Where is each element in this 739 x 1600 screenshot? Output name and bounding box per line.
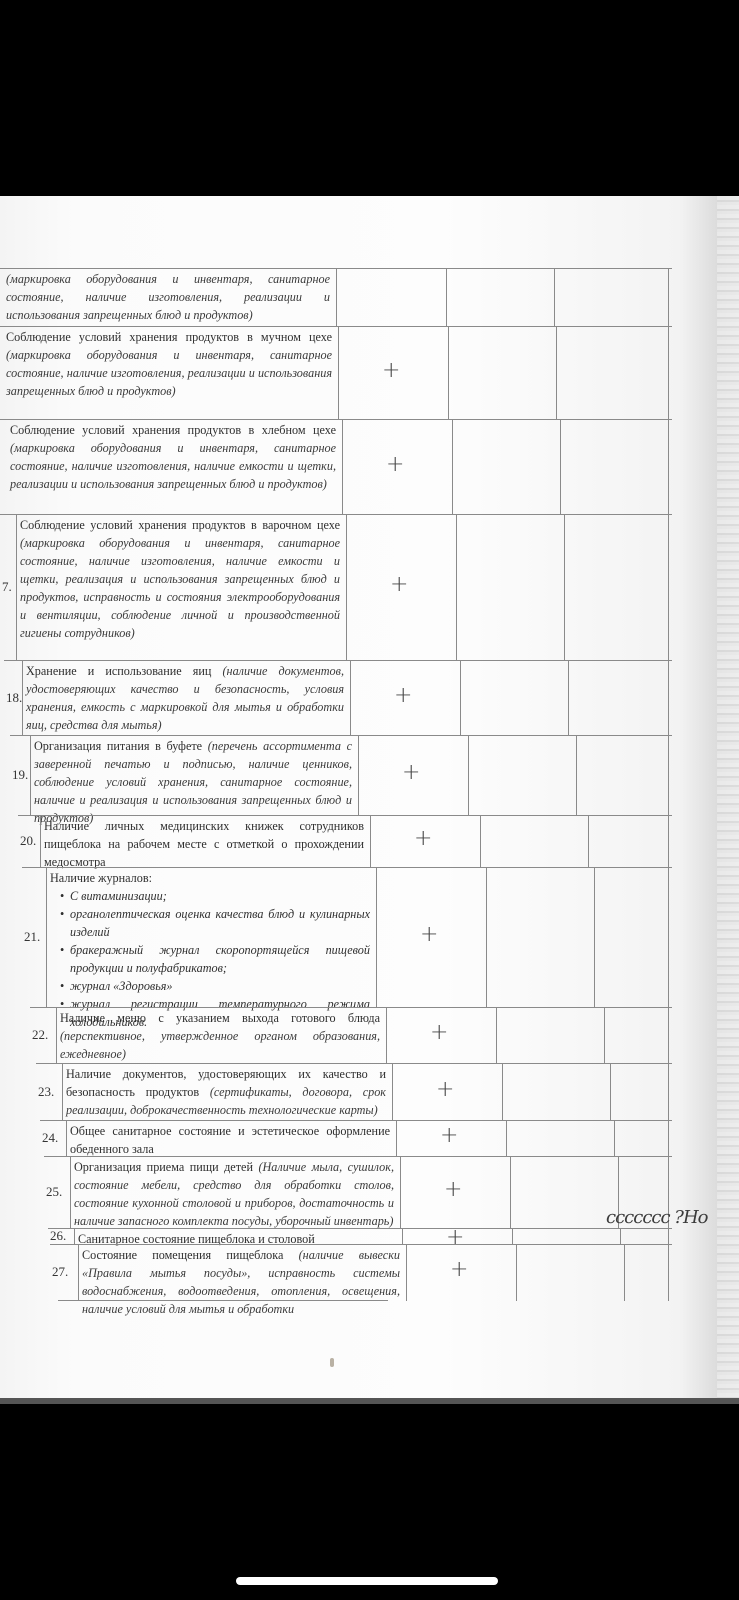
check-mark-plus: + <box>444 1177 462 1202</box>
home-indicator[interactable] <box>236 1577 498 1585</box>
result-column-2[interactable] <box>448 327 449 420</box>
table-row: (маркировка оборудования и инвентаря, са… <box>0 268 672 327</box>
column-divider <box>16 515 17 661</box>
check-mark-plus: + <box>382 358 400 383</box>
table-row: 26.Санитарное состояние пищеблока и стол… <box>48 1228 672 1245</box>
column-divider <box>40 816 41 868</box>
table-row: 23.Наличие документов, удостоверяющих их… <box>36 1063 672 1121</box>
page-edge <box>717 196 739 1402</box>
table-right-border <box>668 269 669 327</box>
result-column-2[interactable] <box>468 736 469 816</box>
table-row: 19.Организация питания в буфете (перечен… <box>10 735 672 816</box>
check-mark-plus: + <box>436 1077 454 1102</box>
result-column-1[interactable] <box>406 1245 407 1301</box>
result-column-3[interactable] <box>610 1064 611 1121</box>
table-row: Соблюдение условий хранения продуктов в … <box>0 326 672 420</box>
criterion-description: Соблюдение условий хранения продуктов в … <box>6 328 332 400</box>
result-column-2[interactable] <box>496 1008 497 1064</box>
criterion-description: Наличие документов, удостоверяющих их ка… <box>66 1065 386 1119</box>
column-divider <box>22 661 23 736</box>
result-column-3[interactable] <box>620 1229 621 1245</box>
journal-list-item: органолептическая оценка качества блюд и… <box>62 905 370 941</box>
criterion-details: (маркировка оборудования и инвентаря, са… <box>10 441 336 491</box>
table-right-border <box>668 515 669 661</box>
table-row: 27.Состояние помещения пищеблока (наличи… <box>50 1244 672 1301</box>
check-mark-plus: + <box>390 572 408 597</box>
row-number: 25. <box>46 1184 62 1200</box>
result-column-1[interactable] <box>346 515 347 661</box>
result-column-1[interactable] <box>338 327 339 420</box>
table-bottom-border <box>58 1300 388 1301</box>
column-divider <box>56 1008 57 1064</box>
criterion-title: Организация питания в буфете <box>34 739 208 753</box>
criterion-details: (маркировка оборудования и инвентаря, са… <box>6 348 332 398</box>
criterion-description: Общее санитарное состояние и эстетическо… <box>70 1122 390 1158</box>
check-mark-plus: + <box>430 1020 448 1045</box>
criterion-description: Состояние помещения пищеблока (наличие в… <box>82 1246 400 1318</box>
result-column-2[interactable] <box>502 1064 503 1121</box>
table-right-border <box>668 868 669 1008</box>
result-column-2[interactable] <box>510 1157 511 1229</box>
criterion-description: (маркировка оборудования и инвентаря, са… <box>6 270 330 324</box>
column-divider <box>30 736 31 816</box>
journal-list-item: бракеражный журнал скоропортящейся пищев… <box>62 941 370 977</box>
result-column-1[interactable] <box>386 1008 387 1064</box>
check-mark-plus: + <box>402 760 420 785</box>
row-number: 21. <box>24 929 40 945</box>
criterion-title: Наличие личных медицинских книжек сотруд… <box>44 819 364 869</box>
result-column-1[interactable] <box>392 1064 393 1121</box>
result-column-3[interactable] <box>594 868 595 1008</box>
result-column-2[interactable] <box>446 269 447 327</box>
row-number: 24. <box>42 1130 58 1146</box>
row-number: 20. <box>20 833 36 849</box>
check-mark-plus: + <box>420 922 438 947</box>
column-divider <box>70 1157 71 1229</box>
criterion-title: Организация приема пищи детей <box>74 1160 258 1174</box>
result-column-2[interactable] <box>516 1245 517 1301</box>
page-bottom-edge <box>0 1398 739 1404</box>
table-row: 24.Общее санитарное состояние и эстетиче… <box>40 1120 672 1157</box>
result-column-1[interactable] <box>400 1157 401 1229</box>
result-column-2[interactable] <box>480 816 481 868</box>
result-column-2[interactable] <box>456 515 457 661</box>
row-number: 26. <box>50 1228 66 1244</box>
table-right-border <box>668 1121 669 1157</box>
table-right-border <box>668 736 669 816</box>
result-column-2[interactable] <box>506 1121 507 1157</box>
result-column-1[interactable] <box>336 269 337 327</box>
result-column-3[interactable] <box>554 269 555 327</box>
criterion-title: Соблюдение условий хранения продуктов в … <box>20 518 340 532</box>
result-column-1[interactable] <box>358 736 359 816</box>
table-right-border <box>668 1008 669 1064</box>
column-divider <box>46 868 47 1008</box>
result-column-1[interactable] <box>402 1229 403 1245</box>
check-mark-plus: + <box>386 452 404 477</box>
table-right-border <box>668 1245 669 1301</box>
result-column-3[interactable] <box>568 661 569 736</box>
criterion-title: Соблюдение условий хранения продуктов в … <box>6 330 332 344</box>
result-column-3[interactable] <box>564 515 565 661</box>
table-right-border <box>668 1229 669 1245</box>
table-row: 21.Наличие журналов: С витаминизации;орг… <box>22 867 672 1008</box>
result-column-2[interactable] <box>512 1229 513 1245</box>
result-column-3[interactable] <box>556 327 557 420</box>
criterion-description: Наличие меню с указанием выхода готового… <box>60 1009 380 1063</box>
column-divider <box>62 1064 63 1121</box>
result-column-2[interactable] <box>452 420 453 515</box>
journal-list-item: журнал «Здоровья» <box>62 977 370 995</box>
result-column-3[interactable] <box>624 1245 625 1301</box>
check-mark-plus: + <box>440 1123 458 1148</box>
criterion-description: Наличие личных медицинских книжек сотруд… <box>44 817 364 871</box>
criterion-title: Хранение и использование яиц <box>26 664 222 678</box>
handwritten-signature: ccccccc ?Ho <box>606 1207 707 1228</box>
row-number: 19. <box>12 767 28 783</box>
criterion-description: Хранение и использование яиц (наличие до… <box>26 662 344 734</box>
table-row: 20.Наличие личных медицинских книжек сот… <box>18 815 672 868</box>
table-right-border <box>668 1064 669 1121</box>
result-column-1[interactable] <box>396 1121 397 1157</box>
result-column-1[interactable] <box>350 661 351 736</box>
result-column-1[interactable] <box>370 816 371 868</box>
result-column-3[interactable] <box>588 816 589 868</box>
check-mark-plus: + <box>414 826 432 851</box>
row-number: 7. <box>2 579 12 595</box>
paper-speck <box>330 1358 334 1367</box>
row-number: 27. <box>52 1264 68 1280</box>
table-row: 22.Наличие меню с указанием выхода готов… <box>30 1007 672 1064</box>
criterion-title: Наличие меню с указанием выхода готового… <box>60 1011 380 1025</box>
criterion-details: (перспективное, утвержденное органом обр… <box>60 1029 380 1061</box>
criterion-description: Организация приема пищи детей (Наличие м… <box>74 1158 394 1230</box>
column-divider <box>74 1229 75 1245</box>
result-column-2[interactable] <box>486 868 487 1008</box>
criterion-description: Соблюдение условий хранения продуктов в … <box>20 516 340 642</box>
table-row: 25.Организация приема пищи детей (Наличи… <box>44 1156 672 1229</box>
criterion-description: Соблюдение условий хранения продуктов в … <box>10 421 336 493</box>
table-row: Соблюдение условий хранения продуктов в … <box>0 419 672 515</box>
check-mark-plus: + <box>394 683 412 708</box>
result-column-2[interactable] <box>460 661 461 736</box>
criterion-title: Соблюдение условий хранения продуктов в … <box>10 423 336 437</box>
result-column-3[interactable] <box>576 736 577 816</box>
criterion-title: Общее санитарное состояние и эстетическо… <box>70 1124 390 1156</box>
result-column-1[interactable] <box>376 868 377 1008</box>
table-right-border <box>668 816 669 868</box>
result-column-3[interactable] <box>614 1121 615 1157</box>
row-number: 22. <box>32 1027 48 1043</box>
row-number: 23. <box>38 1084 54 1100</box>
table-row: 18.Хранение и использование яиц (наличие… <box>4 660 672 736</box>
row-number: 18. <box>6 690 22 706</box>
result-column-3[interactable] <box>560 420 561 515</box>
criterion-details: (маркировка оборудования и инвентаря, са… <box>20 536 340 640</box>
table-row: 7.Соблюдение условий хранения продуктов … <box>0 514 672 661</box>
table-right-border <box>668 420 669 515</box>
table-right-border <box>668 327 669 420</box>
criterion-description: Организация питания в буфете (перечень а… <box>34 737 352 827</box>
column-divider <box>78 1245 79 1301</box>
result-column-3[interactable] <box>604 1008 605 1064</box>
criterion-details: (маркировка оборудования и инвентаря, са… <box>6 272 330 322</box>
result-column-1[interactable] <box>342 420 343 515</box>
criterion-title: Состояние помещения пищеблока <box>82 1248 299 1262</box>
column-divider <box>66 1121 67 1157</box>
criterion-title: Наличие журналов: <box>50 871 152 885</box>
check-mark-plus: + <box>450 1257 468 1282</box>
journal-list-item: С витаминизации; <box>62 887 370 905</box>
table-right-border <box>668 661 669 736</box>
